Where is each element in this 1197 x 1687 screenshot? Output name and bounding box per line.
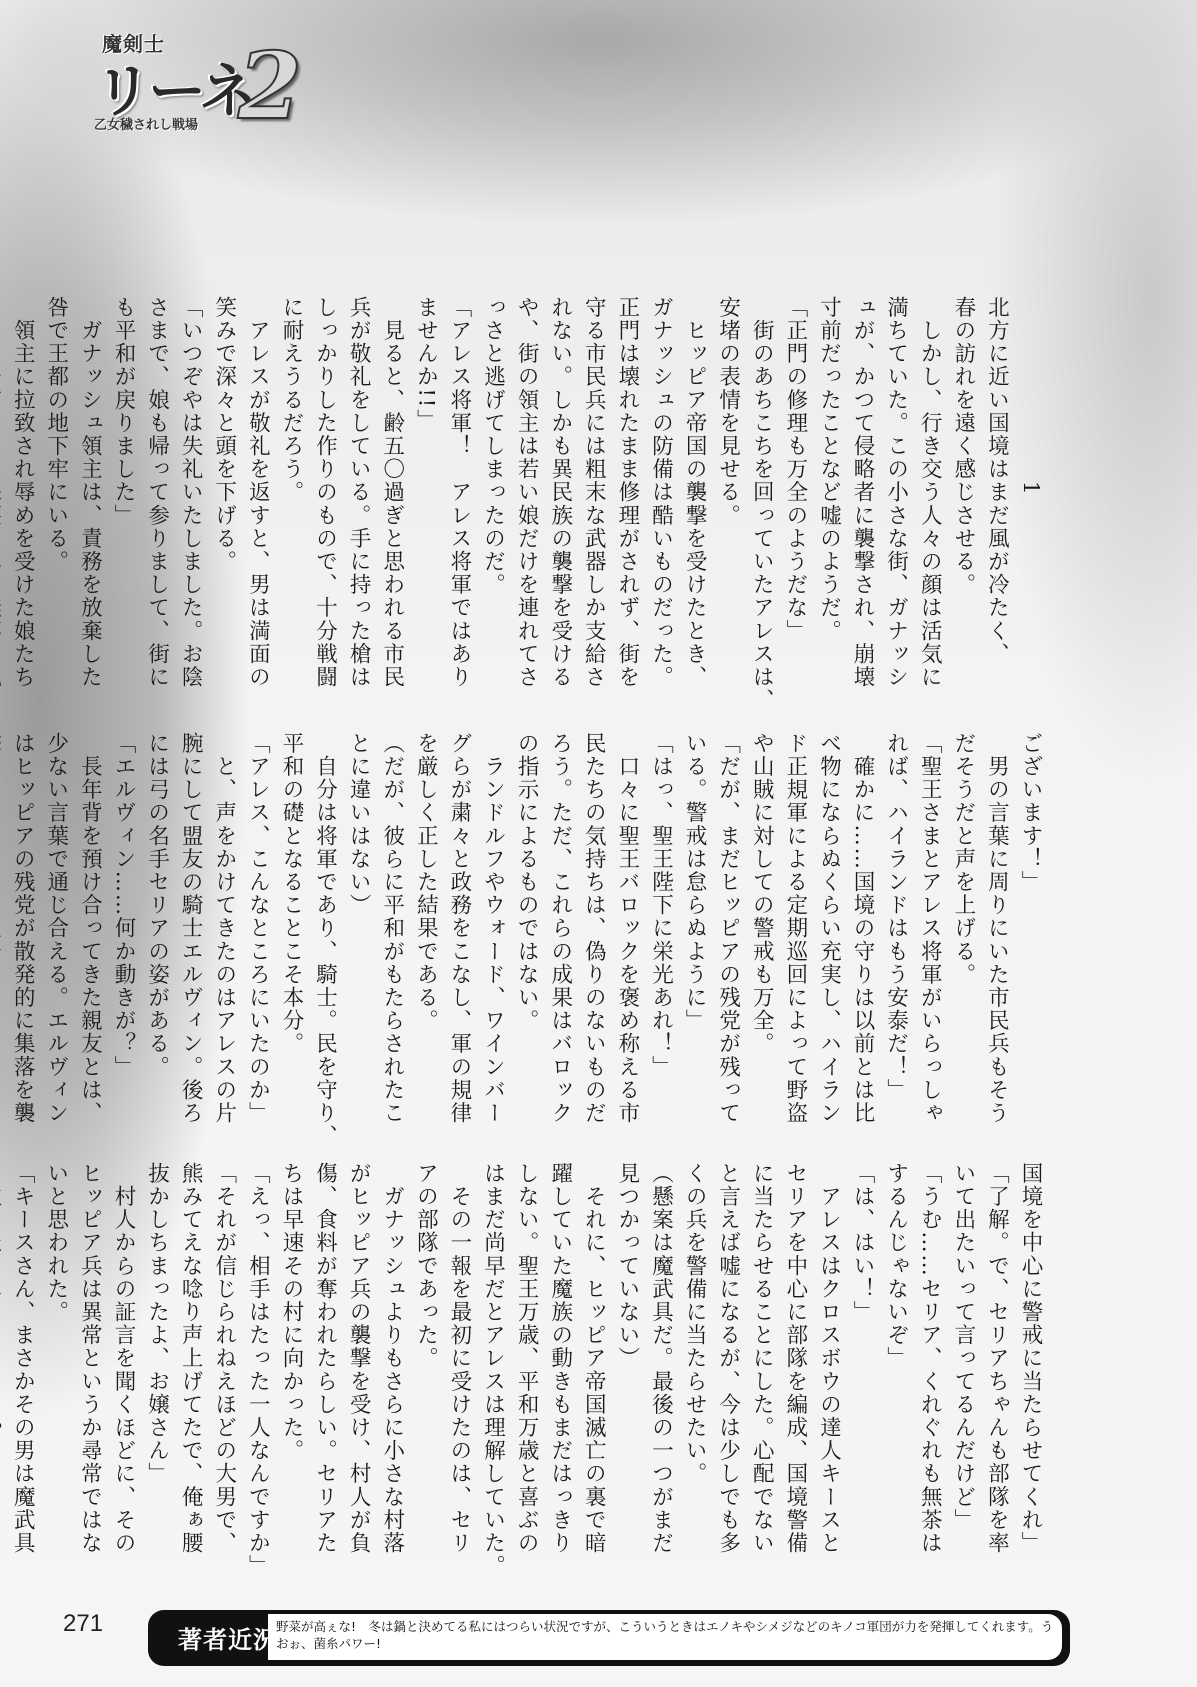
text-column: 少ない言葉で通じ合える。エルヴィン [39,732,73,1152]
text-column: 自分は将軍であり、騎士。民を守り、 [308,732,342,1152]
text-column: ド正規軍による定期巡回によって野盗 [778,732,812,1152]
text-column: 守る市民兵には粗末な武器しか支給さ [577,296,611,716]
author-notes-label: 著者近況 [178,1620,278,1655]
text-column: と、声をかけてきたのはアレスの片 [207,732,241,1152]
text-column: 「はっ、聖王陛下に栄光あれ！」 [644,732,678,1152]
text-column: 満ちていた。この小さな街、ガナッシ [879,296,913,716]
text-column: だそうだと声を上げる。 [946,732,980,1152]
text-column: 安堵の表情を見せる。 [711,296,745,716]
text-column: 寸前だったことなど嘘のようだ。 [812,296,846,716]
text-column: と言えば嘘になるが、今は少しでも多 [711,1162,745,1582]
text-column: 躍していた魔族の動きもまだはっきり [543,1162,577,1582]
logo-subtitle: 乙女穢されし戦場 [94,114,198,133]
text-column: 「アレス将軍！ アレス将軍ではあり [442,296,476,716]
text-column: 春の訪れを遠く感じさせる。 [946,296,980,716]
text-column: に当たらせることにした。心配でない [745,1162,779,1582]
series-logo: 魔剣士 リーネ 2 乙女穢されし戦場 [88,28,298,128]
text-column: 領主に拉致され辱めを受けた娘たち [6,296,40,716]
text-column: （懸案は魔武具だ。最後の一つがまだ [644,1162,678,1582]
text-column: 国境を中心に警戒に当たらせてくれ」 [1013,1162,1047,1582]
text-column: 男の言葉に周りにいた市民兵もそう [980,732,1014,1152]
text-column: はヒッピアの残党が散発的に集落を襲 [6,732,40,1152]
text-column: ませんか!!」 [409,296,443,716]
text-column: くの兵を警備に当たらせたい。 [677,1162,711,1582]
text-column: ガナッシュよりもさらに小さな村落 [375,1162,409,1582]
text-column: ヒッピア兵は異常というか尋常ではな [73,1162,107,1582]
text-column: とに違いはない） [342,732,376,1152]
chapter-number: 1 [1013,296,1047,716]
text-column: れない。しかも異民族の襲撃を受ける [543,296,577,716]
text-tier-middle: ございます！」 男の言葉に周りにいた市民兵もそう だそうだと声を上げる。 「聖王… [97,732,1047,1152]
text-column: 民たちの気持ちは、偽りのないものだ [577,732,611,1152]
text-column: いて出たいって言ってるんだけど」 [946,1162,980,1582]
text-column: 「聖王さまとアレス将軍がいらっしゃ [913,732,947,1152]
text-column: 「は、はい！」 [845,1162,879,1582]
text-column: しない。聖王万歳、平和万歳と喜ぶの [510,1162,544,1582]
text-column: 村人からの証言を聞くほどに、その [106,1162,140,1582]
text-column: アの部隊であった。 [409,1162,443,1582]
author-notes-box: 著者近況 野菜が高ぇな! 冬は鍋と決めてる私にはつらい状況ですが、こういうときは… [148,1610,1070,1666]
text-column: いと思われた。 [39,1162,73,1582]
text-column: はまだ尚早だとアレスは理解していた。 [476,1162,510,1582]
text-column: れば、ハイランドはもう安泰だ！」 [879,732,913,1152]
text-column: や、街の領主は若い娘だけを連れてさ [510,296,544,716]
text-column: 正門は壊れたまま修理がされず、街を [610,296,644,716]
text-column: 北方に近い国境はまだ風が冷たく、 [980,296,1014,716]
text-column: 笑みで深々と頭を下げる。 [207,296,241,716]
text-column: 兵が敬礼をしている。手に持った槍は [342,296,376,716]
text-column: 抜かしちまったよ、お嬢さん」 [140,1162,174,1582]
text-column: しかし、行き交う人々の顔は活気に [913,296,947,716]
text-column: アレスが敬礼を返すと、男は満面の [241,296,275,716]
text-column: 熊みてえな唸り声上げてたで、俺ぁ腰 [174,1162,208,1582]
text-column: 咎で王都の地下牢にいる。 [39,296,73,716]
text-column: ちは早速その村に向かった。 [274,1162,308,1582]
text-column: も平和が戻りました」 [106,296,140,716]
text-tier-bottom: 国境を中心に警戒に当たらせてくれ」 「了解。で、セリアちゃんも部隊を率 いて出た… [17,1162,1047,1582]
text-column: セリアを中心に部隊を編成、国境警備 [778,1162,812,1582]
text-column: ガナッシュの防備は酷いものだった。 [644,296,678,716]
text-column: 撃していることを報告した。 [0,732,6,1152]
text-column: ュが、かつて侵略者に襲撃され、崩壊 [845,296,879,716]
text-column: 傷、食料が奪われたらしい。セリアた [308,1162,342,1582]
text-column: それに、ヒッピア帝国滅亡の裏で暗 [577,1162,611,1582]
text-column: ございます！」 [1013,732,1047,1152]
text-column: グらが粛々と政務をこなし、軍の規律 [442,732,476,1152]
text-column: に耐えうるだろう。 [274,296,308,716]
text-column: 長年背を預け合ってきた親友とは、 [73,732,107,1152]
text-column: さまで、娘も帰って参りまして、街に [140,296,174,716]
text-column: や山賊に対しての警戒も万全。 [745,732,779,1152]
text-column: 「正門の修理も万全のようだな」 [778,296,812,716]
text-column: するんじゃないぞ」 [879,1162,913,1582]
text-column: その一報を最初に受けたのは、セリ [442,1162,476,1582]
text-column: っさと逃げてしまったのだ。 [476,296,510,716]
text-column: アレスはクロスボウの達人キースと [812,1162,846,1582]
text-column: も、エルヴィンに保護され、無事に親 [0,296,6,716]
text-column: 「了解。で、セリアちゃんも部隊を率 [980,1162,1014,1582]
text-column: 「だが、まだヒッピアの残党が残って [711,732,745,1152]
text-column: 口々に聖王バロックを褒め称える市 [610,732,644,1152]
text-column: 確かに……国境の守りは以前とは比 [845,732,879,1152]
text-column: （だが、彼らに平和がもたらされたこ [375,732,409,1152]
text-column: 「いつぞやは失礼いたしました。お陰 [174,296,208,716]
text-column: 「キースさん、まさかその男は魔武具 [6,1162,40,1582]
text-column: いる。警戒は怠らぬように」 [677,732,711,1152]
text-column: 腕にして盟友の騎士エルヴィン。後ろ [174,732,208,1152]
text-column: ランドルフやウォード、ワインバー [476,732,510,1152]
text-column: ヒッピア帝国の襲撃を受けたとき、 [677,296,711,716]
text-column: がヒッピア兵の襲撃を受け、村人が負 [342,1162,376,1582]
text-column: 平和の礎となることこそ本分。 [274,732,308,1152]
text-column: 「アレス、こんなところにいたのか」 [241,732,275,1152]
text-column: しっかりした作りのもので、十分戦闘 [308,296,342,716]
text-column: 街のあちこちを回っていたアレスは、 [745,296,779,716]
chapter-number-value: 1 [1018,481,1043,496]
page-number: 271 [63,1610,103,1638]
author-notes-text: 野菜が高ぇな! 冬は鍋と決めてる私にはつらい状況ですが、こういうときはエノキやシ… [268,1614,1062,1660]
logo-number: 2 [238,32,302,140]
text-column: には弓の名手セリアの姿がある。 [140,732,174,1152]
text-column: ガナッシュ領主は、責務を放棄した [73,296,107,716]
text-column: を厳しく正した結果である。 [409,732,443,1152]
text-column: 見つかっていない） [610,1162,644,1582]
text-column: の指示によるものではない。 [510,732,544,1152]
text-column: ろう。ただ、これらの成果はバロック [543,732,577,1152]
text-column: 見ると、齢五〇過ぎと思われる市民 [375,296,409,716]
text-column: 「えっ、相手はたった一人なんですか」 [241,1162,275,1582]
text-column: 「うむ……セリア、くれぐれも無茶は [913,1162,947,1582]
text-column: べ物にならぬくらい充実し、ハイラン [812,732,846,1152]
text-column: に取り憑かれているんじゃ」 [0,1162,6,1582]
text-tier-top: 1 北方に近い国境はまだ風が冷たく、 春の訪れを遠く感じさせる。 しかし、行き交… [117,296,1047,716]
text-column: 「それが信じられねえほどの大男で、 [207,1162,241,1582]
text-column: 「エルヴィン……何か動きが？」 [106,732,140,1152]
